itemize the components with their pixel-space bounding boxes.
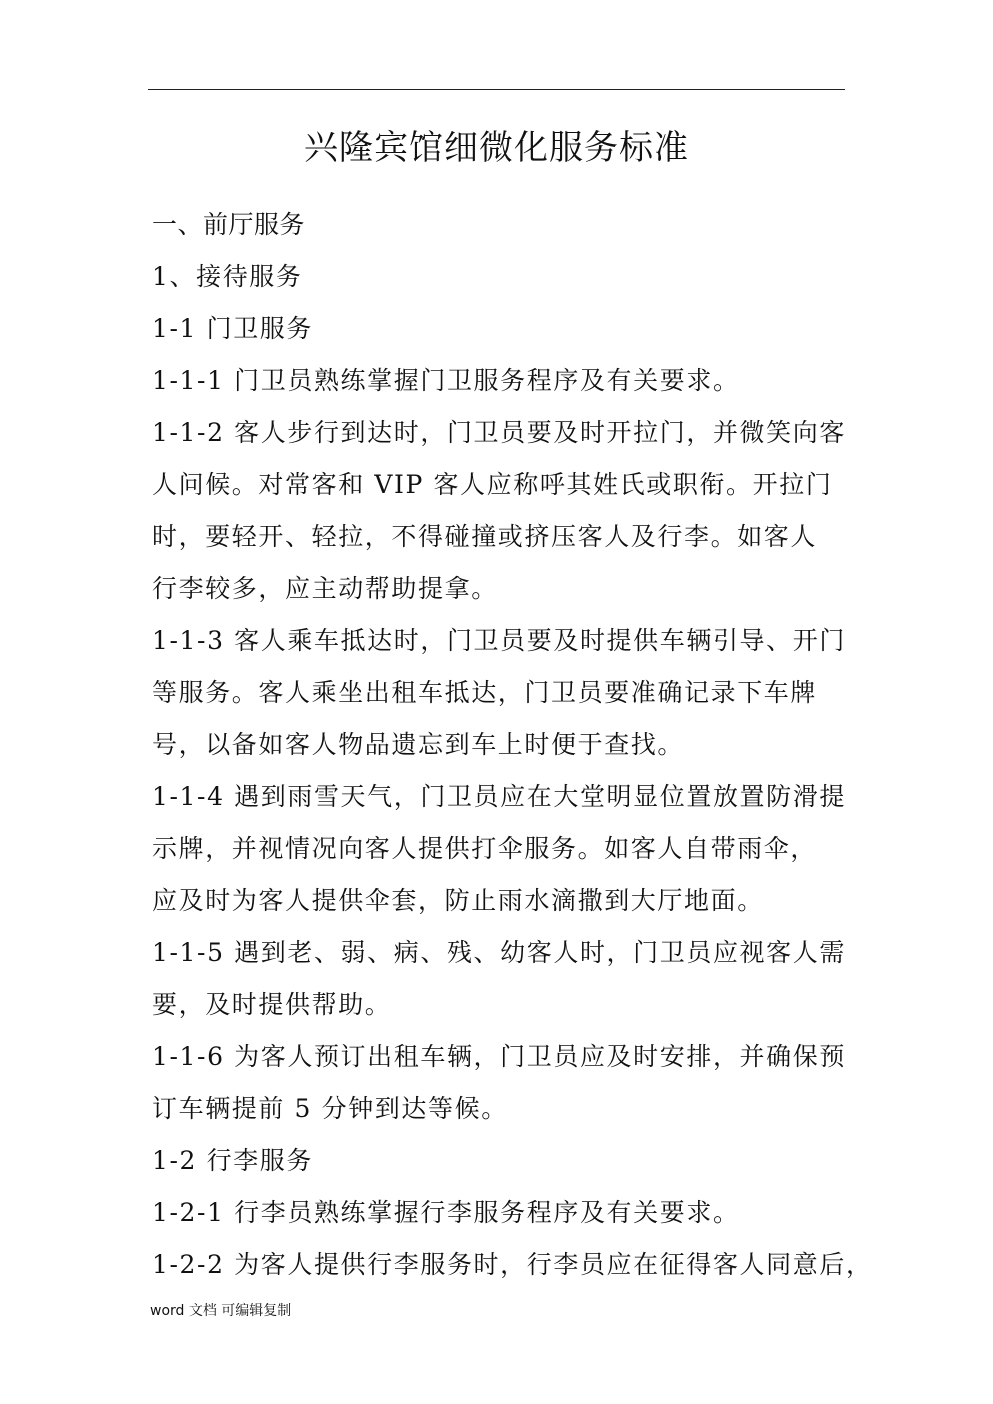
paragraph-line: 应及时为客人提供伞套，防止雨水滴撒到大厅地面。 — [152, 881, 764, 917]
footer-note: word 文档 可编辑复制 — [150, 1300, 291, 1320]
paragraph-line: 1-2 行李服务 — [152, 1141, 313, 1177]
paragraph-line: 1-1-6 为客人预订出租车辆，门卫员应及时安排，并确保预 — [152, 1037, 846, 1073]
paragraph-line: 示牌，并视情况向客人提供打伞服务。如客人自带雨伞， — [152, 829, 817, 865]
paragraph-line: 1-1-4 遇到雨雪天气，门卫员应在大堂明显位置放置防滑提 — [152, 777, 846, 813]
paragraph-line: 1-1-3 客人乘车抵达时，门卫员要及时提供车辆引导、开门 — [152, 621, 846, 657]
paragraph-line: 要，及时提供帮助。 — [152, 985, 391, 1021]
paragraph-line: 行李较多，应主动帮助提拿。 — [152, 569, 498, 605]
paragraph-line: 时，要轻开、轻拉，不得碰撞或挤压客人及行李。如客人 — [152, 517, 817, 553]
paragraph-line: 1-2-2 为客人提供行李服务时，行李员应在征得客人同意后， — [152, 1245, 873, 1281]
paragraph-line: 人问候。对常客和 VIP 客人应称呼其姓氏或职衔。开拉门 — [152, 465, 832, 501]
paragraph-line: 号，以备如客人物品遗忘到车上时便于查找。 — [152, 725, 684, 761]
paragraph-line: 1-1-5 遇到老、弱、病、残、幼客人时，门卫员应视客人需 — [152, 933, 846, 969]
paragraph-line: 订车辆提前 5 分钟到达等候。 — [152, 1089, 508, 1125]
paragraph-line: 1-2-1 行李员熟练掌握行李服务程序及有关要求。 — [152, 1193, 740, 1229]
paragraph-line: 1-1 门卫服务 — [152, 309, 313, 345]
paragraph-line: 1-1-1 门卫员熟练掌握门卫服务程序及有关要求。 — [152, 361, 740, 397]
paragraph-line: 等服务。客人乘坐出租车抵达，门卫员要准确记录下车牌 — [152, 673, 817, 709]
document-title: 兴隆宾馆细微化服务标准 — [0, 120, 993, 169]
paragraph-line: 1-1-2 客人步行到达时，门卫员要及时开拉门，并微笑向客 — [152, 413, 846, 449]
paragraph-line: 1、接待服务 — [152, 257, 303, 293]
header-rule — [148, 89, 845, 90]
section-heading: 一、前厅服务 — [152, 205, 305, 241]
